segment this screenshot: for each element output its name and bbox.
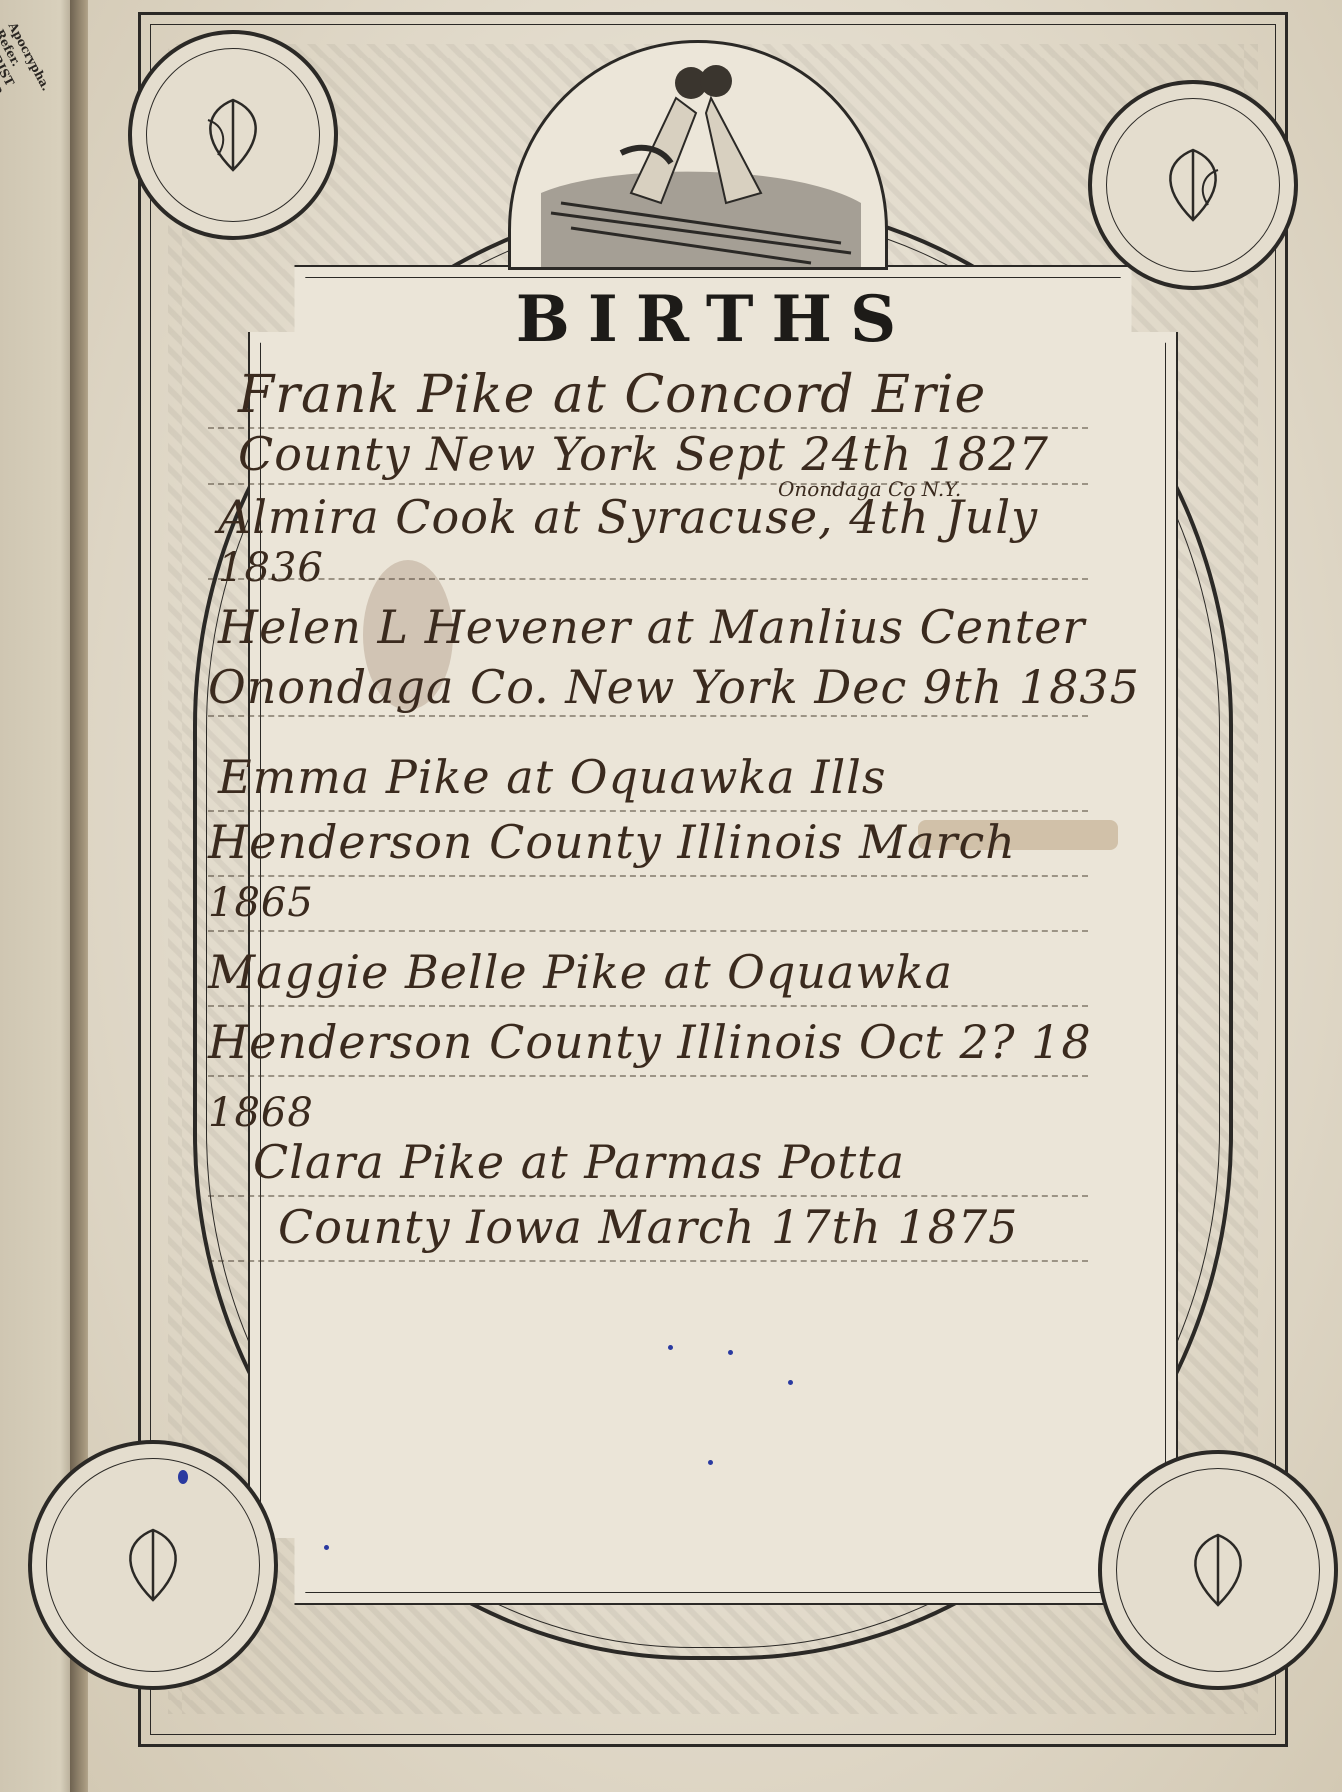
entry-clara-pike-line2: County Iowa March 17th 1875 [278, 1200, 1018, 1254]
ruled-line [208, 1075, 1088, 1077]
ink-spot [708, 1460, 713, 1465]
ruled-line [208, 1260, 1088, 1262]
floral-medallion-icon [128, 30, 338, 240]
entry-emma-pike-line2: Henderson County Illinois March [208, 815, 1016, 869]
entry-clara-pike-line1: Clara Pike at Parmas Potta [253, 1135, 905, 1189]
entry-emma-pike-line1: Emma Pike at Oquawka Ills [218, 750, 886, 804]
entry-emma-pike-line3: 1865 [208, 880, 314, 926]
births-record-page: BIRTHS Frank Pike at Concord Erie County… [88, 0, 1342, 1792]
ink-spot [668, 1345, 673, 1350]
floral-medallion-icon [28, 1440, 278, 1690]
ruled-line [208, 578, 1088, 580]
ruled-line [208, 715, 1088, 717]
ruled-line [208, 1005, 1088, 1007]
ink-spot [324, 1545, 329, 1550]
facing-page-text: Apocrypha. Refer. CHRIST CH. 1&2 [0, 20, 46, 101]
entry-helen-hevener-line1: Helen L Hevener at Manlius Center [218, 600, 1085, 654]
ruled-line [208, 875, 1088, 877]
floral-medallion-icon [1098, 1450, 1338, 1690]
ink-spot [728, 1350, 733, 1355]
ink-spot [788, 1380, 793, 1385]
entry-maggie-belle-pike-line1: Maggie Belle Pike at Oquawka [208, 945, 953, 999]
entry-maggie-belle-pike-line2: Henderson County Illinois Oct 2? 18 [208, 1015, 1092, 1069]
floral-medallion-icon [1088, 80, 1298, 290]
reapers-engraving-icon [508, 40, 888, 270]
ruled-line [208, 930, 1088, 932]
ruled-line [208, 1195, 1088, 1197]
page-title: BIRTHS [88, 282, 1342, 357]
entry-frank-pike-line2: County New York Sept 24th 1827 [238, 427, 1049, 481]
entry-maggie-belle-pike-line3: 1868 [208, 1090, 314, 1136]
ink-spot [178, 1470, 188, 1484]
entry-helen-hevener-line2: Onondaga Co. New York Dec 9th 1835 [208, 660, 1140, 714]
entry-almira-cook-line1: Almira Cook at Syracuse, 4th July [218, 490, 1038, 544]
entry-frank-pike-line1: Frank Pike at Concord Erie [238, 365, 986, 425]
ruled-line [208, 810, 1088, 812]
entry-almira-cook-line2: 1836 [218, 545, 324, 591]
